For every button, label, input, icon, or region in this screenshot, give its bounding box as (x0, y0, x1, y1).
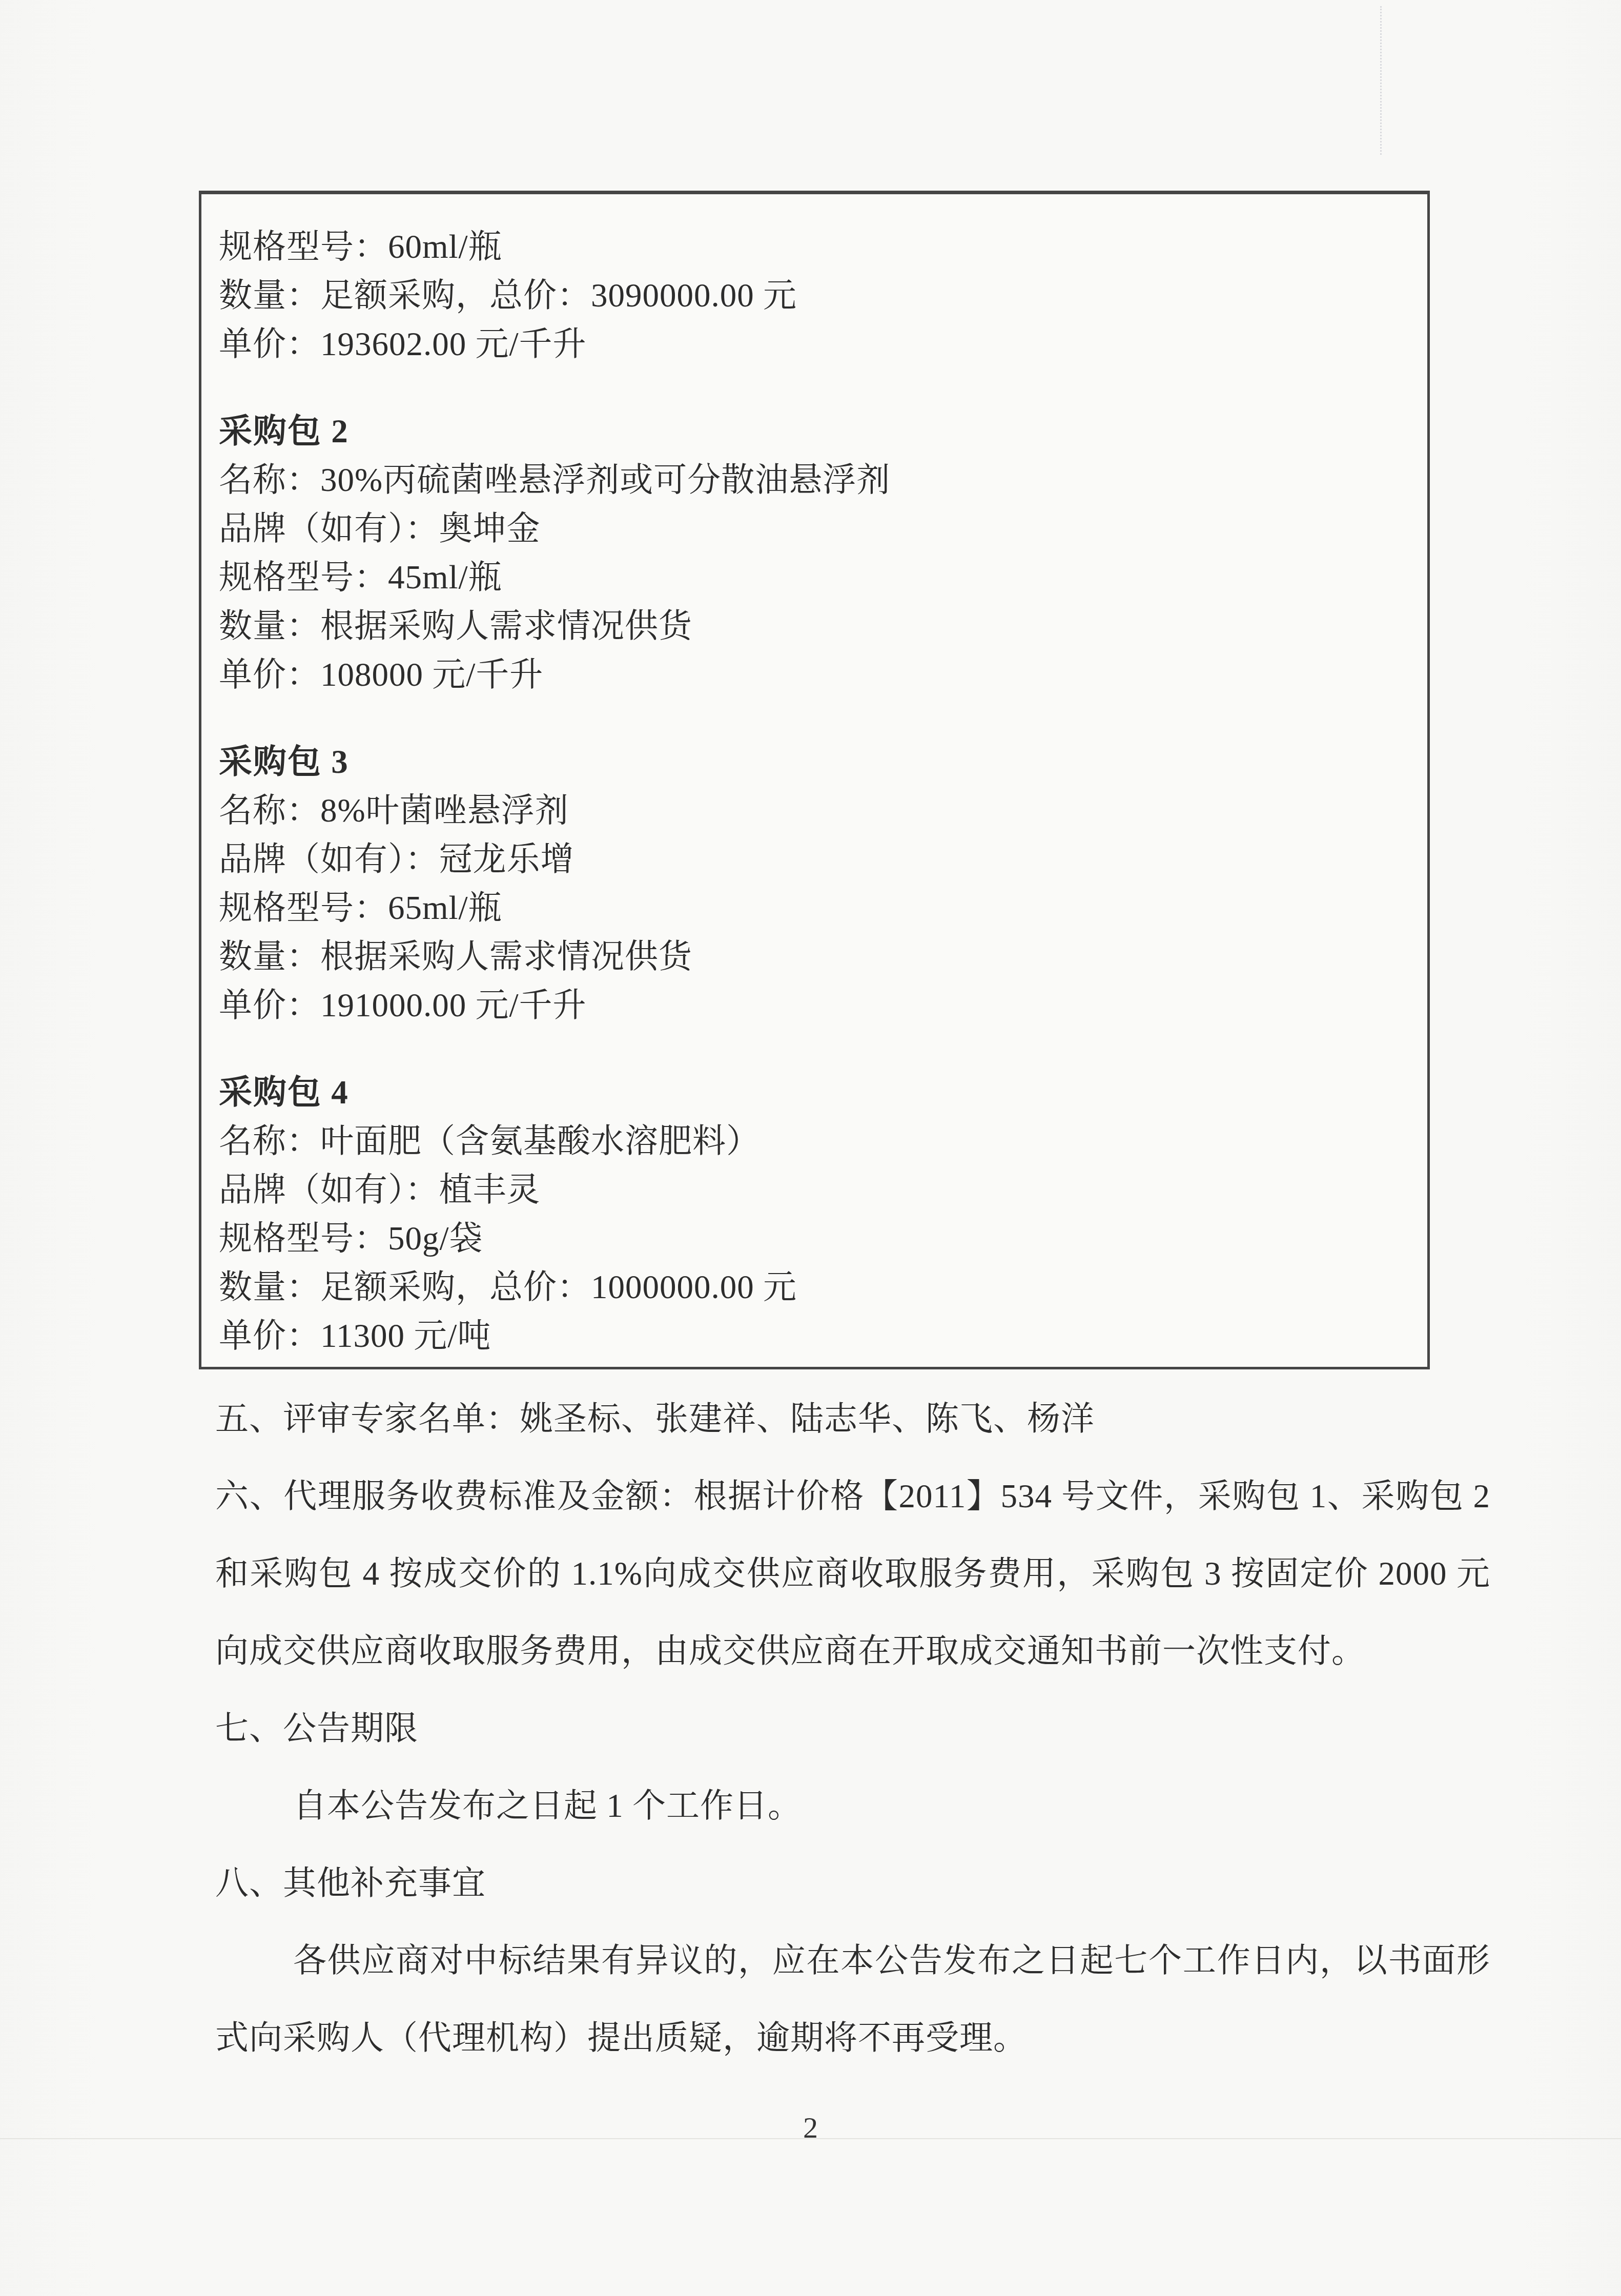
quantity-row-package2: 数量：根据采购人需求情况供货 (219, 598, 1413, 647)
brand-row-package2: 品牌（如有）：奥坤金 (219, 501, 1413, 549)
quantity-row-package3: 数量：根据采购人需求情况供货 (219, 929, 1413, 977)
section-agency-fee-line3: 向成交供应商收取服务费用，由成交供应商在开取成交通知书前一次性支付。 (215, 1613, 1490, 1690)
package-3-heading: 采购包 3 (219, 734, 1413, 783)
notice-sections: 五、评审专家名单：姚圣标、张建祥、陆志华、陈飞、杨洋 六、代理服务收费标准及金额… (215, 1381, 1490, 2077)
section-agency-fee-line1: 六、代理服务收费标准及金额：根据计价格【2011】534 号文件，采购包 1、采… (215, 1458, 1490, 1535)
unit-price-row-package2: 单价：108000 元/千升 (219, 647, 1413, 695)
section-other-matters-line1: 各供应商对中标结果有异议的，应在本公告发布之日起七个工作日内，以书面形 (215, 1922, 1490, 2000)
name-row-package2: 名称：30%丙硫菌唑悬浮剂或可分散油悬浮剂 (219, 452, 1413, 501)
package-2-heading: 采购包 2 (219, 403, 1413, 452)
package-4-heading: 采购包 4 (219, 1064, 1413, 1113)
brand-row-package4: 品牌（如有）：植丰灵 (219, 1162, 1413, 1211)
section-announcement-period-heading: 七、公告期限 (215, 1690, 1490, 1768)
quantity-row-package4: 数量：足额采购，总价：1000000.00 元 (219, 1259, 1413, 1308)
spec-row-package1: 规格型号：60ml/瓶 (219, 219, 1413, 268)
section-other-matters-heading: 八、其他补充事宜 (215, 1845, 1490, 1922)
procurement-detail-table: 规格型号：60ml/瓶 数量：足额采购，总价：3090000.00 元 单价：1… (199, 191, 1430, 1369)
quantity-row-package1: 数量：足额采购，总价：3090000.00 元 (219, 268, 1413, 316)
name-row-package3: 名称：8%叶菌唑悬浮剂 (219, 783, 1413, 831)
spec-row-package2: 规格型号：45ml/瓶 (219, 549, 1413, 598)
document-page: 规格型号：60ml/瓶 数量：足额采购，总价：3090000.00 元 单价：1… (0, 0, 1621, 2296)
unit-price-row-package1: 单价：193602.00 元/千升 (219, 316, 1413, 365)
spec-row-package3: 规格型号：65ml/瓶 (219, 880, 1413, 929)
unit-price-row-package4: 单价：11300 元/吨 (219, 1308, 1413, 1357)
section-other-matters-line2: 式向采购人（代理机构）提出质疑，逾期将不再受理。 (215, 2000, 1490, 2077)
unit-price-row-package3: 单价：191000.00 元/千升 (219, 977, 1413, 1026)
section-expert-list: 五、评审专家名单：姚圣标、张建祥、陆志华、陈飞、杨洋 (215, 1381, 1490, 1458)
page-number: 2 (0, 2110, 1621, 2145)
scan-artifact-line (1380, 6, 1382, 155)
brand-row-package3: 品牌（如有）：冠龙乐增 (219, 831, 1413, 880)
section-agency-fee-line2: 和采购包 4 按成交价的 1.1%向成交供应商收取服务费用，采购包 3 按固定价… (215, 1535, 1490, 1613)
spec-row-package4: 规格型号：50g/袋 (219, 1211, 1413, 1259)
name-row-package4: 名称：叶面肥（含氨基酸水溶肥料） (219, 1113, 1413, 1162)
section-announcement-period-body: 自本公告发布之日起 1 个工作日。 (215, 1768, 1490, 1845)
